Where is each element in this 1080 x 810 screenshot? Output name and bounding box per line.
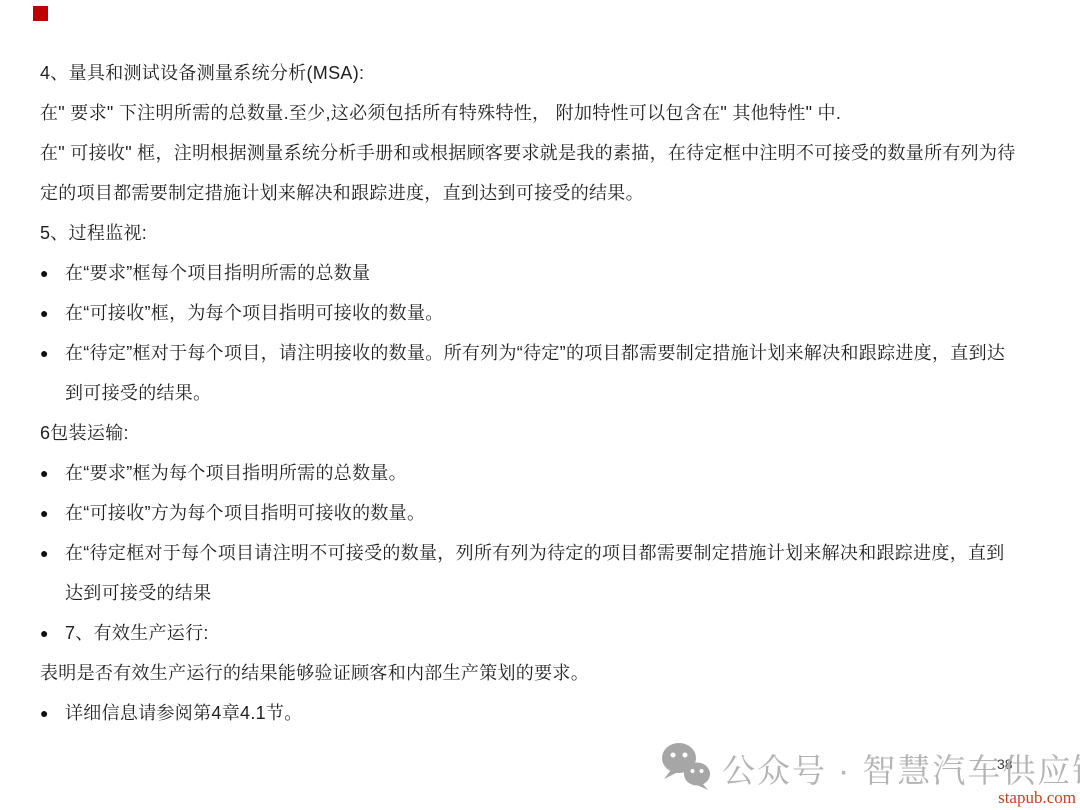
list-item-text: 在“可接收”框，为每个项目指明可接收的数量。 — [65, 293, 1022, 333]
list-item: ● 详细信息请参阅第4章4.1节。 — [40, 693, 1022, 733]
section7-paragraph: 表明是否有效生产运行的结果能够验证顾客和内部生产策划的要求。 — [40, 653, 1022, 693]
section4-heading: 4、量具和测试设备测量系统分析(MSA): — [40, 53, 1022, 93]
red-square-decoration — [33, 6, 48, 21]
bullet-icon: ● — [40, 253, 65, 293]
list-item: ● 在“待定”框对于每个项目，请注明接收的数量。所有列为“待定”的项目都需要制定… — [40, 333, 1022, 413]
list-item-text: 在“待定框对于每个项目请注明不可接受的数量，列所有列为待定的项目都需要制定措施计… — [65, 533, 1022, 613]
site-watermark: stapub.com — [998, 788, 1076, 808]
section5-heading: 5、过程监视: — [40, 213, 1022, 253]
list-item: ● 在“要求”框每个项目指明所需的总数量 — [40, 253, 1022, 293]
bullet-icon: ● — [40, 493, 65, 533]
bullet-icon: ● — [40, 533, 65, 573]
list-item-text: 在“待定”框对于每个项目，请注明接收的数量。所有列为“待定”的项目都需要制定措施… — [65, 333, 1022, 413]
bullet-icon: ● — [40, 613, 65, 653]
list-item: ● 在“要求”框为每个项目指明所需的总数量。 — [40, 453, 1022, 493]
document-content: 4、量具和测试设备测量系统分析(MSA): 在" 要求" 下注明所需的总数量.至… — [40, 53, 1022, 733]
section6-heading: 6包装运输: — [40, 413, 1022, 453]
bullet-icon: ● — [40, 333, 65, 373]
list-item-text: 在“可接收”方为每个项目指明可接收的数量。 — [65, 493, 1022, 533]
bullet-icon: ● — [40, 693, 65, 733]
wechat-icon — [660, 741, 722, 796]
watermark-label: 公众号 · 智慧汽车供应链 — [722, 745, 1080, 792]
list-item: ● 在“待定框对于每个项目请注明不可接受的数量，列所有列为待定的项目都需要制定措… — [40, 533, 1022, 613]
list-item: ● 在“可接收”框，为每个项目指明可接收的数量。 — [40, 293, 1022, 333]
reference-note: 详细信息请参阅第4章4.1节。 — [65, 693, 1022, 733]
bullet-icon: ● — [40, 453, 65, 493]
bullet-icon: ● — [40, 293, 65, 333]
document-page: 4、量具和测试设备测量系统分析(MSA): 在" 要求" 下注明所需的总数量.至… — [0, 0, 1080, 810]
list-item-text: 在“要求”框每个项目指明所需的总数量 — [65, 253, 1022, 293]
list-item-text: 在“要求”框为每个项目指明所需的总数量。 — [65, 453, 1022, 493]
section7-heading: 7、有效生产运行: — [65, 613, 1022, 653]
list-item: ● 在“可接收”方为每个项目指明可接收的数量。 — [40, 493, 1022, 533]
section4-paragraph-2: 在" 可接收" 框，注明根据测量系统分析手册和或根据顾客要求就是我的素描，在待定… — [40, 133, 1022, 213]
list-item: ● 7、有效生产运行: — [40, 613, 1022, 653]
section4-paragraph-1: 在" 要求" 下注明所需的总数量.至少,这必须包括所有特殊特性， 附加特性可以包… — [40, 93, 1022, 133]
